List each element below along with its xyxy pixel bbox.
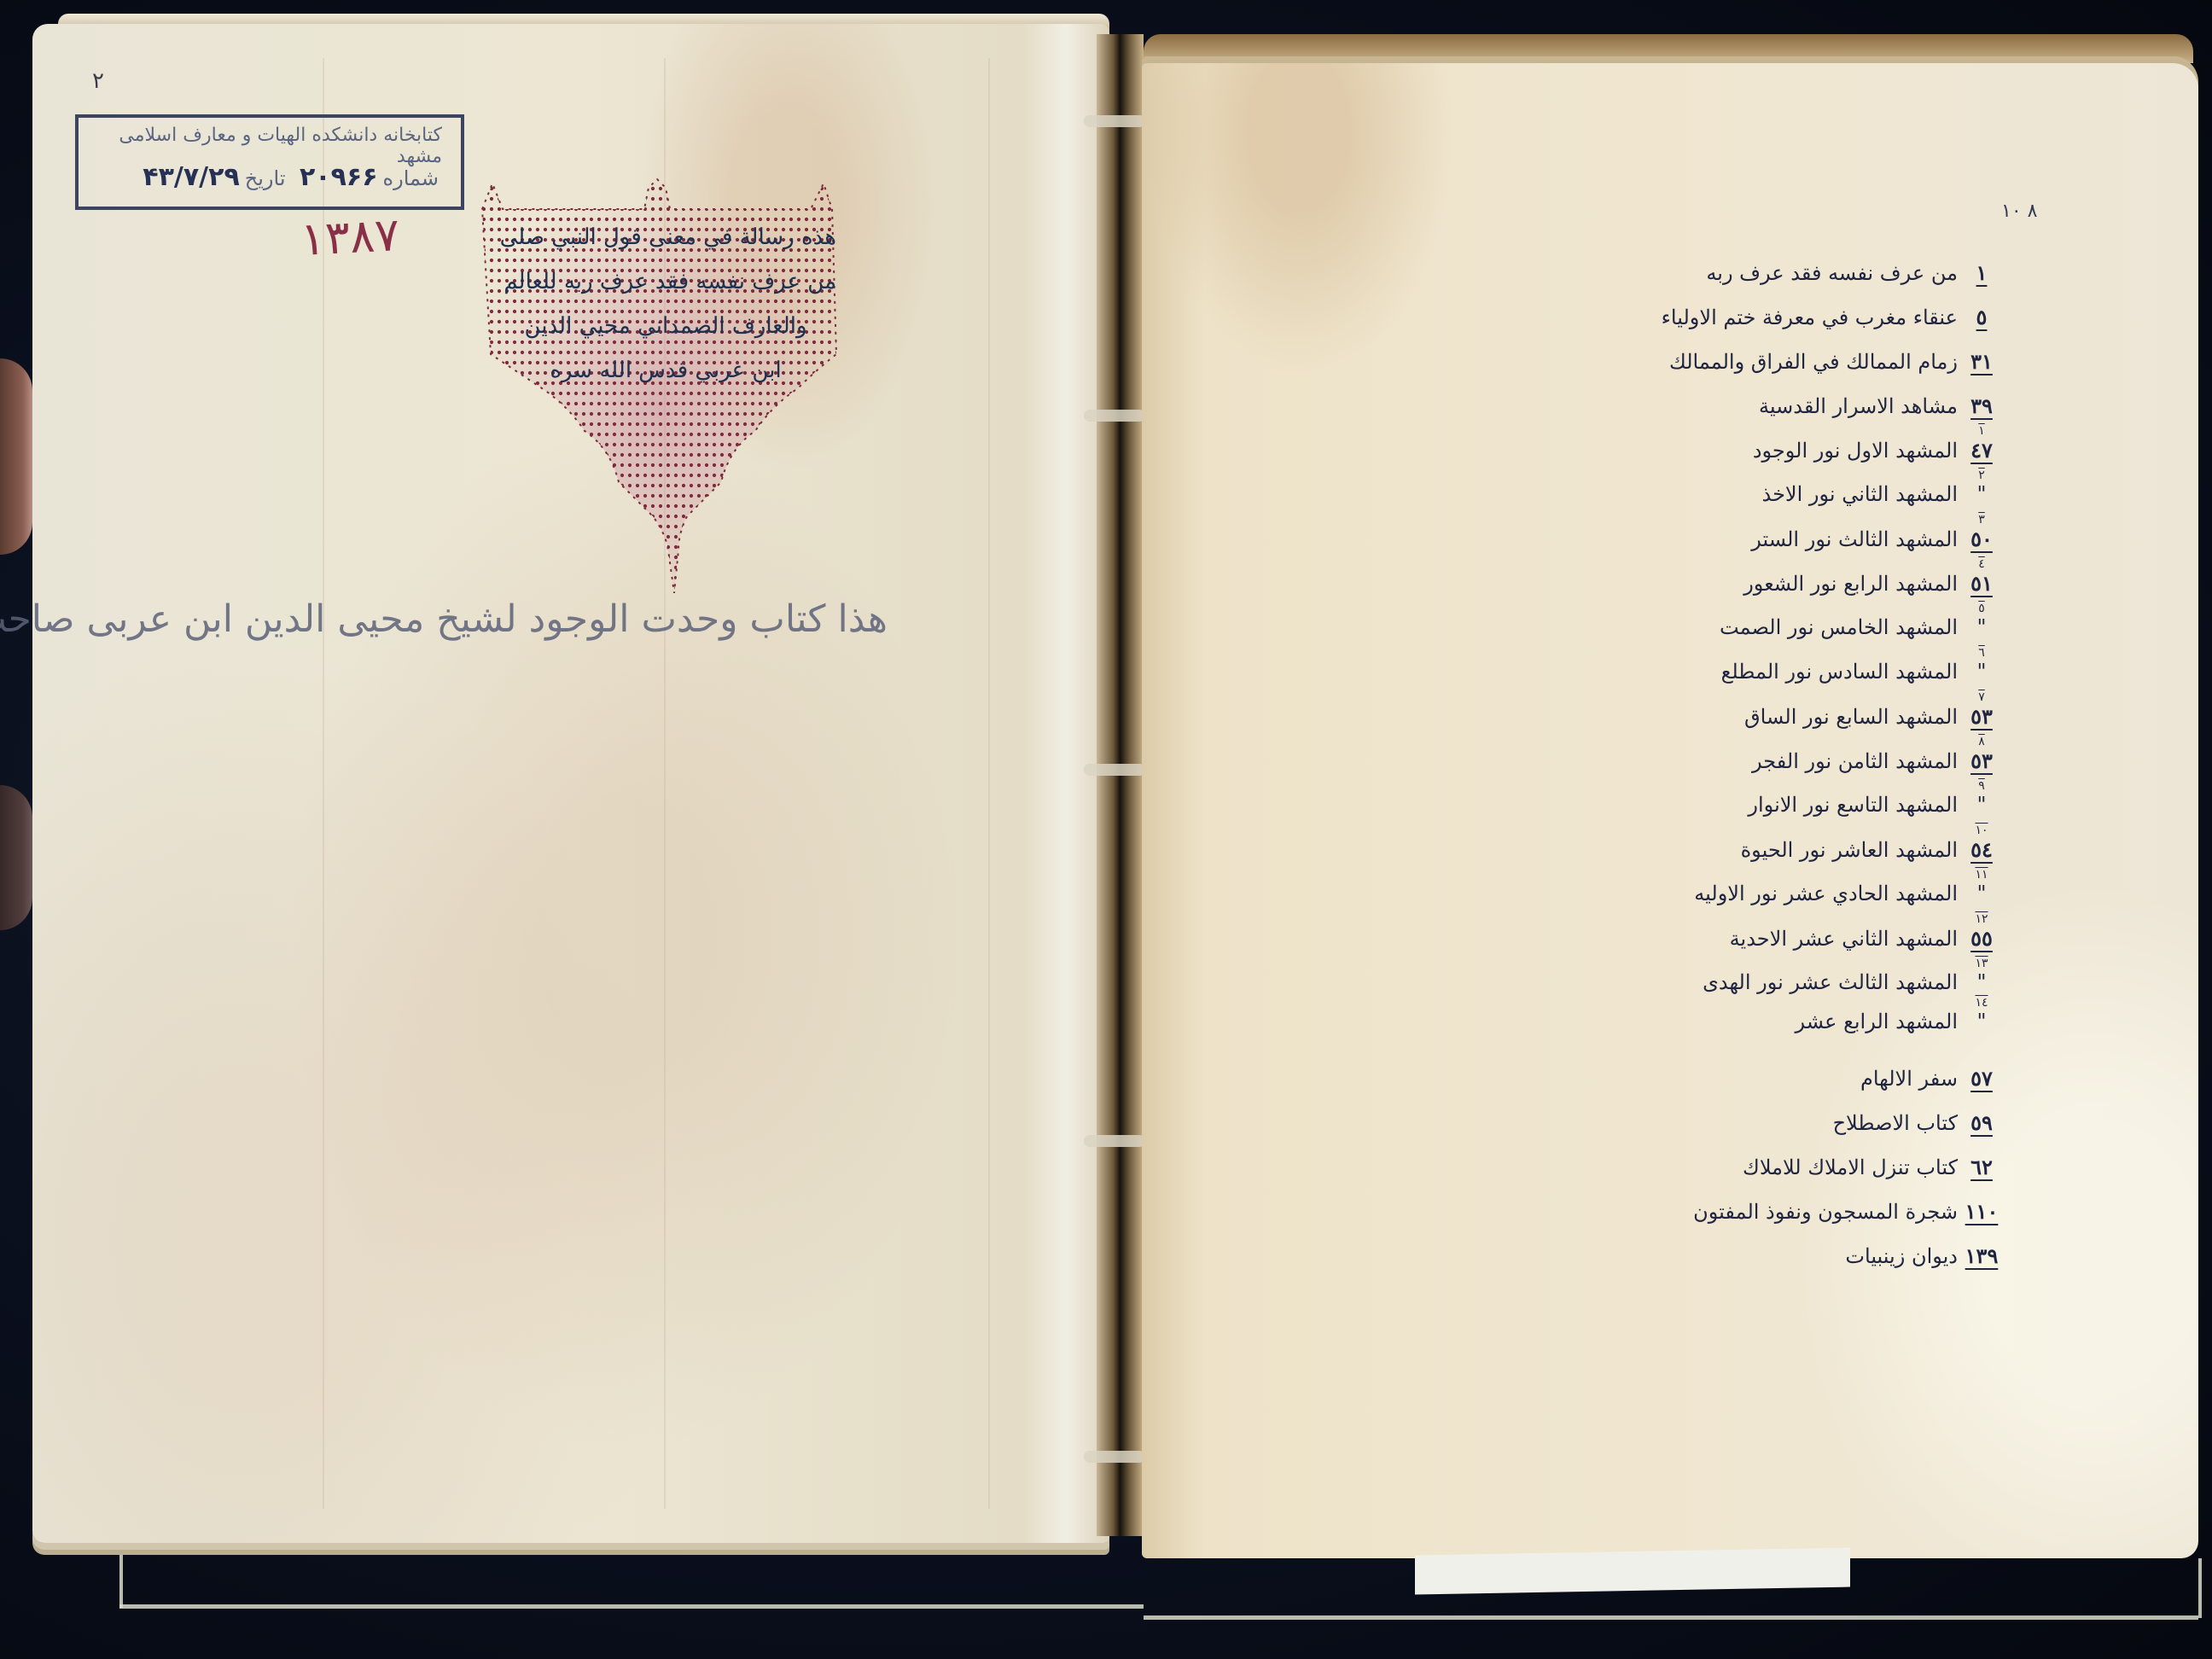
toc-title: المشهد الثالث عشر نور الهدى [1703, 970, 1958, 994]
toc-row: ١٤"المشهد الرابع عشر [1732, 1010, 2005, 1049]
toc-page-number: ٥٧ [1958, 1066, 2005, 1091]
toc-page-number: ٥٥ [1958, 926, 2005, 951]
toc-title: المشهد الرابع نور الشعور [1743, 572, 1958, 596]
toc-page-number: ٥ [1958, 305, 2005, 329]
holding-hand [0, 358, 32, 555]
toc-title: المشهد السابع نور الساق [1744, 705, 1958, 729]
ornament-line: والعارف الصمداني محيي الدين [495, 304, 836, 348]
toc-page-number: ٥١ [1958, 571, 2005, 596]
toc-title: شجرة المسجون ونفوذ المفتون [1693, 1200, 1958, 1224]
toc-sub-number: ١١ [1958, 868, 2005, 882]
toc-page-number: " [1958, 1010, 2005, 1033]
book-spine-gutter [1097, 34, 1144, 1536]
chalk-line-bottom-right [1144, 1615, 2198, 1620]
toc-page-number: " [1958, 660, 2005, 684]
ornament-line: هذه رسالة في معنى قول النبي صلى الله علي… [495, 215, 836, 259]
stamp-number-value: ۲۰۹۶۶ [300, 162, 378, 192]
toc-title: المشهد الثالث نور الستر [1751, 527, 1958, 551]
toc-sub-number: ١٣ [1958, 957, 2005, 970]
toc-row: ٥٩كتاب الاصطلاح [1732, 1110, 2005, 1155]
toc-sub-number: ٥ [1958, 602, 2005, 615]
toc-page-number: ١٣٩ [1958, 1243, 2005, 1268]
toc-row: ٣١زمام الممالك في الفراق والممالك [1732, 349, 2005, 393]
toc-title: المشهد الرابع عشر [1796, 1010, 1959, 1033]
toc-title: المشهد العاشر نور الحيوة [1741, 838, 1958, 862]
toc-sub-number: ٩ [1958, 779, 2005, 793]
toc-sub-number: ٤ [1958, 557, 2005, 571]
toc-sub-number: ١٤ [1958, 996, 2005, 1010]
toc-sub-number: ٨ [1958, 735, 2005, 748]
toc-page-number: ١ [1958, 260, 2005, 285]
toc-sub-number: ٢ [1958, 469, 2005, 482]
toc-title: المشهد الخامس نور الصمت [1720, 615, 1958, 639]
toc-title: المشهد الحادي عشر نور الاوليه [1694, 882, 1958, 905]
toc-page-number: ٥٣ [1958, 748, 2005, 773]
toc-title: المشهد الثاني نور الاخذ [1762, 482, 1959, 506]
stamp-date-value: ۴۳/۷/۲۹ [143, 162, 239, 192]
toc-title: سفر الالهام [1860, 1067, 1958, 1091]
toc-page-number: " [1958, 482, 2005, 506]
toc-title: من عرف نفسه فقد عرف ربه [1706, 261, 1958, 285]
ornament-line: ابن عربي قدس الله سره [495, 348, 836, 393]
toc-title: المشهد الاول نور الوجود [1753, 439, 1958, 463]
toc-page-number: " [1958, 970, 2005, 994]
toc-title: كتاب تنزل الاملاك للاملاك [1743, 1155, 1958, 1179]
chalk-line-right [2198, 1558, 2202, 1618]
chalk-line-left [119, 1536, 123, 1608]
toc-title: ديوان زينبيات [1845, 1244, 1958, 1268]
toc-row: ٦٢كتاب تنزل الاملاك للاملاك [1732, 1155, 2005, 1199]
binding-thread [1084, 764, 1145, 776]
toc-sub-number: ١٢ [1958, 912, 2005, 926]
toc-page-number: ١١٠ [1958, 1199, 2005, 1224]
toc-title: مشاهد الاسرار القدسية [1759, 394, 1958, 418]
top-marks: ٨ ١٠ [2001, 201, 2037, 222]
binding-thread [1084, 410, 1145, 422]
binding-thread [1084, 1135, 1145, 1147]
ornamental-title: هذه رسالة في معنى قول النبي صلى الله علي… [495, 215, 836, 393]
toc-page-number: ٥٠ [1958, 527, 2005, 551]
toc-title: المشهد الثامن نور الفجر [1752, 749, 1958, 773]
holding-hand-shadow [0, 785, 32, 930]
toc-page-number: ٦٢ [1958, 1155, 2005, 1179]
toc-row: ١من عرف نفسه فقد عرف ربه [1732, 260, 2005, 305]
toc-title: كتاب الاصطلاح [1833, 1111, 1958, 1135]
toc-row: ٥عنقاء مغرب في معرفة ختم الاولياء [1732, 305, 2005, 349]
toc-page-number: ٥٩ [1958, 1110, 2005, 1135]
ornament-line: من عرف نفسه فقد عرف ربه للعالم الرباني [495, 259, 836, 304]
right-page [1142, 56, 2198, 1558]
toc-row: ١٣٩ديوان زينبيات [1732, 1243, 2005, 1288]
toc-row: ١١٠شجرة المسجون ونفوذ المفتون [1732, 1199, 2005, 1243]
toc-title: المشهد التاسع نور الانوار [1748, 793, 1958, 817]
toc-title: عنقاء مغرب في معرفة ختم الاولياء [1662, 306, 1958, 329]
folio-number: ٢ [92, 68, 104, 94]
toc-page-number: " [1958, 615, 2005, 639]
toc-page-number: ٣١ [1958, 349, 2005, 374]
loose-paper-slip [1415, 1548, 1850, 1595]
stamp-date-label: تاریخ [245, 166, 286, 190]
toc-page-number: ٤٧ [1958, 438, 2005, 463]
stamp-number-label: شماره [383, 166, 439, 190]
toc-page-number: ٣٩ [1958, 393, 2005, 418]
stamp-library-name: کتابخانه دانشکده الهیات و معارف اسلامی م… [79, 125, 442, 167]
pencil-note: هذا کتاب وحدت الوجود لشیخ محیی الدین ابن… [68, 597, 888, 641]
binding-thread [1084, 115, 1145, 127]
toc-title: زمام الممالك في الفراق والممالك [1669, 350, 1958, 374]
chalk-line-bottom-left [119, 1604, 1144, 1609]
toc-sub-number: ١٠ [1958, 824, 2005, 837]
table-of-contents: ١من عرف نفسه فقد عرف ربه ٥عنقاء مغرب في … [1732, 260, 2005, 1288]
shelf-number: ١٣٨٧ [299, 207, 400, 266]
toc-sub-number: ٣ [1958, 513, 2005, 527]
toc-page-number: ٥٣ [1958, 704, 2005, 729]
toc-title: المشهد السادس نور المطلع [1721, 660, 1958, 684]
toc-sub-number: ٦ [1958, 646, 2005, 660]
toc-sub-number: ٧ [1958, 690, 2005, 704]
toc-page-number: " [1958, 793, 2005, 817]
toc-title: المشهد الثاني عشر الاحدية [1730, 927, 1958, 951]
toc-row: ٥٧سفر الالهام [1732, 1066, 2005, 1110]
binding-thread [1084, 1451, 1145, 1463]
stamp-number-row: شماره۲۰۹۶۶ تاریخ۴۳/۷/۲۹ [143, 162, 444, 192]
toc-sub-number: ١ [1958, 424, 2005, 438]
library-stamp: کتابخانه دانشکده الهیات و معارف اسلامی م… [75, 114, 464, 210]
toc-page-number: ٥٤ [1958, 837, 2005, 862]
toc-page-number: " [1958, 882, 2005, 905]
